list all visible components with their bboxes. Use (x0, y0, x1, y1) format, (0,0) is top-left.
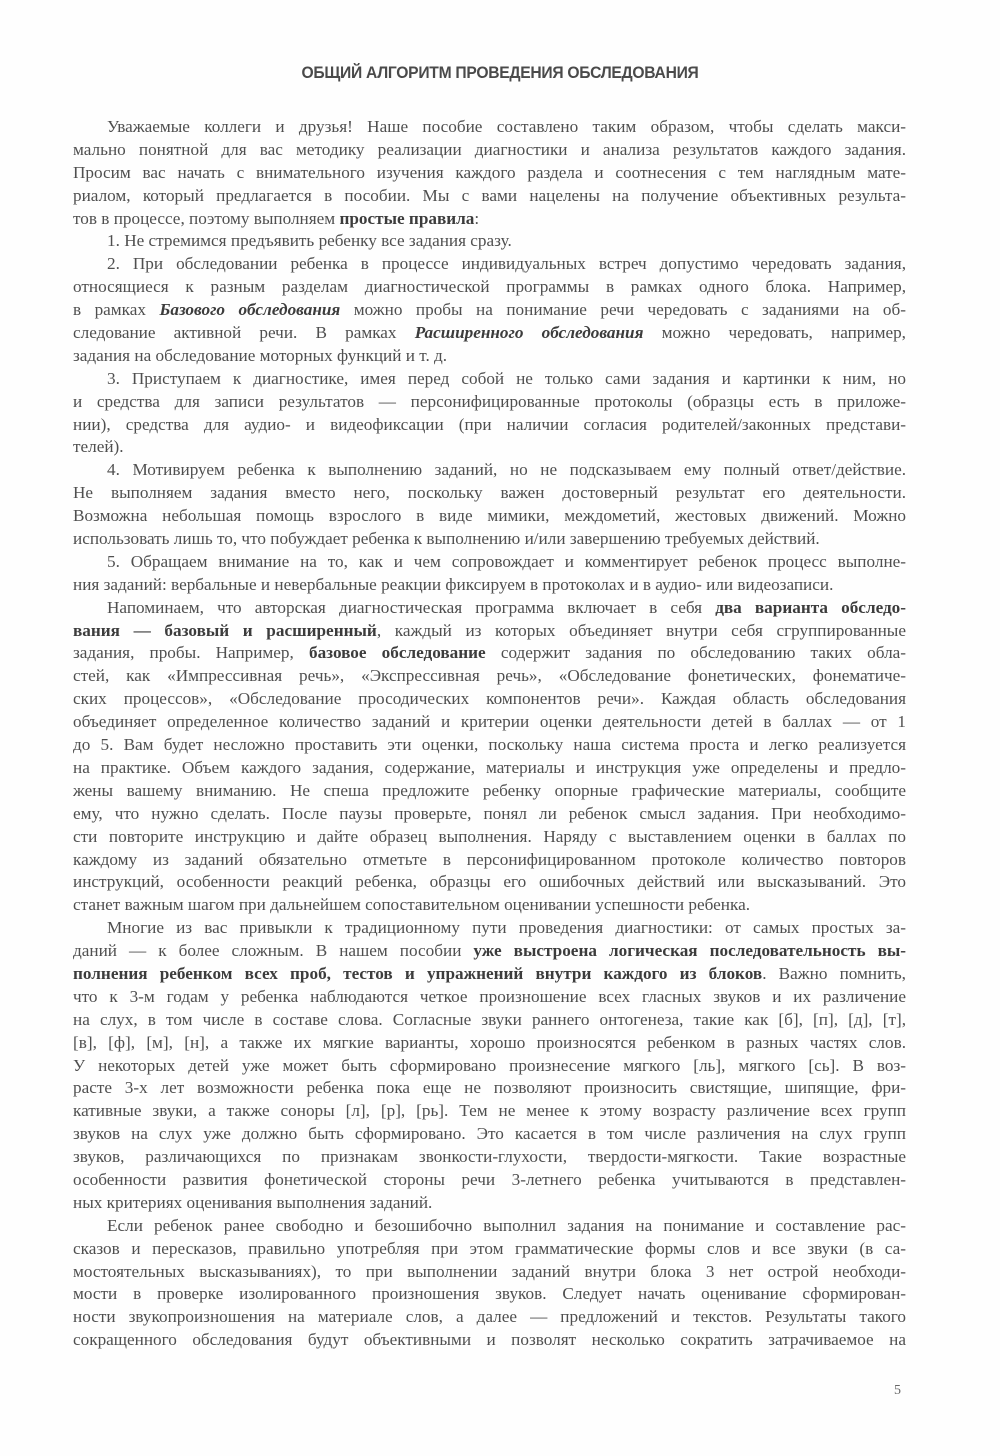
text-line: Многие из вас привыкли к традиционному п… (73, 917, 906, 940)
text-line: на слух, в том числе в составе слова. Со… (73, 1009, 906, 1032)
text-line: каждому из заданий обязательно отметьте … (73, 849, 906, 872)
text-run: стей, как «Импрессивная речь», «Экспресс… (73, 666, 906, 685)
text-line: расте 3-х лет возможности ребенка пока е… (73, 1077, 906, 1100)
text-run: 5. Обращаем внимание на то, как и чем со… (107, 552, 906, 571)
text-line: станет важным шагом при дальнейшем сопос… (73, 894, 906, 917)
text-run: Многие из вас привыкли к традиционному п… (107, 918, 906, 937)
text-line: задания на обследование моторных функций… (73, 345, 906, 368)
text-line: кативные звуки, а также соноры [л], [р],… (73, 1100, 906, 1123)
text-run: У некоторых детей уже может быть сформир… (73, 1056, 906, 1075)
emphasis-text: Базового обследования (159, 300, 340, 319)
emphasis-text: базовое обследование (309, 643, 486, 662)
page-number: 5 (894, 1383, 901, 1399)
text-run: Если ребенок ранее свободно и безошибочн… (107, 1216, 906, 1235)
paragraph: Уважаемые коллеги и друзья! Наше пособие… (73, 116, 906, 230)
text-run: 2. При обследовании ребенка в процессе и… (107, 254, 906, 273)
text-run: нии), средства для аудио- и видеофиксаци… (73, 415, 906, 434)
text-run: Возможна небольшая помощь взрослого в ви… (73, 506, 906, 525)
text-line: объединяет определенное количество задан… (73, 711, 906, 734)
paragraph: Многие из вас привыкли к традиционному п… (73, 917, 906, 1215)
text-run: кативные звуки, а также соноры [л], [р],… (73, 1101, 906, 1120)
text-line: ему, что нужно сделать. После паузы пров… (73, 803, 906, 826)
text-run: станет важным шагом при дальнейшем сопос… (73, 895, 750, 914)
text-line: Уважаемые коллеги и друзья! Наше пособие… (73, 116, 906, 139)
text-run: . Важно помнить, (762, 964, 906, 983)
text-line: задания, пробы. Например, базовое обслед… (73, 642, 906, 665)
text-line: и средства для записи результатов — перс… (73, 391, 906, 414)
text-line: стей, как «Импрессивная речь», «Экспресс… (73, 665, 906, 688)
text-run: сокращенного обследования будут объектив… (73, 1330, 906, 1349)
text-line: особенности развития фонетической сторон… (73, 1169, 906, 1192)
text-run: ских процессов», «Обследование просодиче… (73, 689, 906, 708)
text-line: в рамках Базового обследования можно про… (73, 299, 906, 322)
text-line: ских процессов», «Обследование просодиче… (73, 688, 906, 711)
text-line: до 5. Вам будет несложно проставить эти … (73, 734, 906, 757)
text-run: ния заданий: вербальные и невербальные р… (73, 575, 833, 594)
text-run: ности звукопроизношения на материале сло… (73, 1307, 906, 1326)
text-line: что к 3-м годам у ребенка наблюдаются че… (73, 986, 906, 1009)
text-run: задания на обследование моторных функций… (73, 346, 447, 365)
text-run: риалом, который предлагается в пособии. … (73, 186, 906, 205)
text-line: использовать лишь то, что побуждает ребе… (73, 528, 906, 551)
text-run: жены вашему вниманию. Не спеша предложит… (73, 781, 906, 800)
emphasis-text: вания — базовый и расширенный (73, 621, 377, 640)
text-run: мостоятельных высказываниях), то при вып… (73, 1262, 906, 1281)
text-line: 1. Не стремимся предъявить ребенку все з… (73, 230, 906, 253)
emphasis-text: два варианта обследо- (715, 598, 906, 617)
text-run: и средства для записи результатов — перс… (73, 392, 906, 411)
text-line: Просим вас начать с внимательного изучен… (73, 162, 906, 185)
text-line: сокращенного обследования будут объектив… (73, 1329, 906, 1352)
emphasis-text: Расширенного обследования (415, 323, 644, 342)
text-run: мально понятной для вас методику реализа… (73, 140, 906, 159)
text-run: использовать лишь то, что побуждает ребе… (73, 529, 820, 548)
text-line: мости в проверке изолированного произнош… (73, 1283, 906, 1306)
text-line: жены вашему вниманию. Не спеша предложит… (73, 780, 906, 803)
text-line: 3. Приступаем к диагностике, имея перед … (73, 368, 906, 391)
text-line: [в], [ф], [м], [н], а также их мягкие ва… (73, 1032, 906, 1055)
text-run: в рамках (73, 300, 159, 319)
text-line: ных критериях оценивания выполнения зада… (73, 1192, 906, 1215)
text-run: можно пробы на понимание речи чередовать… (340, 300, 906, 319)
text-run: следование активной речи. В рамках (73, 323, 415, 342)
emphasis-text: уже выстроена логическая последовательно… (473, 941, 906, 960)
text-line: 2. При обследовании ребенка в процессе и… (73, 253, 906, 276)
paragraph: 5. Обращаем внимание на то, как и чем со… (73, 551, 906, 597)
text-run: сти повторите инструкцию и дайте образец… (73, 827, 906, 846)
text-run: каждому из заданий обязательно отметьте … (73, 850, 906, 869)
text-run: сказов и пересказов, правильно употребля… (73, 1239, 906, 1258)
text-run: Не выполняем задания вместо него, поскол… (73, 483, 906, 502)
text-run: ему, что нужно сделать. После паузы пров… (73, 804, 906, 823)
paragraph: 2. При обследовании ребенка в процессе и… (73, 253, 906, 367)
text-run: что к 3-м годам у ребенка наблюдаются че… (73, 987, 906, 1006)
text-run: можно чередовать, например, (643, 323, 906, 342)
text-run: на практике. Объем каждого задания, соде… (73, 758, 906, 777)
text-run: , каждый из которых объединяет внутри се… (377, 621, 906, 640)
text-run: 4. Мотивируем ребенка к выполнению задан… (107, 460, 906, 479)
text-line: звуков на слух уже должно быть сформиров… (73, 1123, 906, 1146)
emphasis-text: простые правила (339, 209, 474, 228)
text-line: на практике. Объем каждого задания, соде… (73, 757, 906, 780)
text-run: относящиеся к разным разделам диагностич… (73, 277, 906, 296)
text-run: объединяет определенное количество задан… (73, 712, 906, 731)
text-line: 5. Обращаем внимание на то, как и чем со… (73, 551, 906, 574)
text-run: мости в проверке изолированного произнош… (73, 1284, 906, 1303)
text-line: тов в процессе, поэтому выполняем просты… (73, 208, 906, 231)
page-title: ОБЩИЙ АЛГОРИТМ ПРОВЕДЕНИЯ ОБСЛЕДОВАНИЯ (40, 63, 960, 83)
text-line: сти повторите инструкцию и дайте образец… (73, 826, 906, 849)
text-run: телей). (73, 437, 124, 456)
text-run: тов в процессе, поэтому выполняем (73, 209, 339, 228)
text-run: звуков, различающихся по признакам звонк… (73, 1147, 906, 1166)
text-line: У некоторых детей уже может быть сформир… (73, 1055, 906, 1078)
text-line: ния заданий: вербальные и невербальные р… (73, 574, 906, 597)
text-run: Уважаемые коллеги и друзья! Наше пособие… (107, 117, 906, 136)
text-line: 4. Мотивируем ребенка к выполнению задан… (73, 459, 906, 482)
text-run: ных критериях оценивания выполнения зада… (73, 1193, 432, 1212)
text-line: мально понятной для вас методику реализа… (73, 139, 906, 162)
paragraph: 3. Приступаем к диагностике, имея перед … (73, 368, 906, 460)
text-line: полнения ребенком всех проб, тестов и уп… (73, 963, 906, 986)
text-run: даний — к более сложным. В нашем пособии (73, 941, 473, 960)
body-text: Уважаемые коллеги и друзья! Наше пособие… (73, 116, 906, 1352)
text-line: Не выполняем задания вместо него, поскол… (73, 482, 906, 505)
text-run: на слух, в том числе в составе слова. Со… (73, 1010, 906, 1029)
text-run: расте 3-х лет возможности ребенка пока е… (73, 1078, 906, 1097)
text-run: : (474, 209, 479, 228)
text-line: Возможна небольшая помощь взрослого в ви… (73, 505, 906, 528)
text-line: мостоятельных высказываниях), то при вып… (73, 1261, 906, 1284)
text-line: сказов и пересказов, правильно употребля… (73, 1238, 906, 1261)
text-run: [в], [ф], [м], [н], а также их мягкие ва… (73, 1033, 906, 1052)
text-run: особенности развития фонетической сторон… (73, 1170, 906, 1189)
text-line: следование активной речи. В рамках Расши… (73, 322, 906, 345)
text-line: ности звукопроизношения на материале сло… (73, 1306, 906, 1329)
paragraph: 1. Не стремимся предъявить ребенку все з… (73, 230, 906, 253)
text-run: звуков на слух уже должно быть сформиров… (73, 1124, 906, 1143)
text-run: содержит задания по обследованию таких о… (486, 643, 906, 662)
text-line: вания — базовый и расширенный, каждый из… (73, 620, 906, 643)
text-line: Если ребенок ранее свободно и безошибочн… (73, 1215, 906, 1238)
text-line: нии), средства для аудио- и видеофиксаци… (73, 414, 906, 437)
text-line: даний — к более сложным. В нашем пособии… (73, 940, 906, 963)
text-line: Напоминаем, что авторская диагностическа… (73, 597, 906, 620)
text-run: 3. Приступаем к диагностике, имея перед … (107, 369, 906, 388)
document-page: ОБЩИЙ АЛГОРИТМ ПРОВЕДЕНИЯ ОБСЛЕДОВАНИЯ У… (0, 0, 1000, 1456)
text-run: до 5. Вам будет несложно проставить эти … (73, 735, 906, 754)
text-run: Напоминаем, что авторская диагностическа… (107, 598, 715, 617)
text-line: риалом, который предлагается в пособии. … (73, 185, 906, 208)
text-line: инструкций, особенности реакций ребенка,… (73, 871, 906, 894)
text-line: относящиеся к разным разделам диагностич… (73, 276, 906, 299)
text-line: звуков, различающихся по признакам звонк… (73, 1146, 906, 1169)
text-run: задания, пробы. Например, (73, 643, 309, 662)
text-run: инструкций, особенности реакций ребенка,… (73, 872, 906, 891)
emphasis-text: полнения ребенком всех проб, тестов и уп… (73, 964, 762, 983)
text-run: Просим вас начать с внимательного изучен… (73, 163, 906, 182)
paragraph: Напоминаем, что авторская диагностическа… (73, 597, 906, 917)
paragraph: 4. Мотивируем ребенка к выполнению задан… (73, 459, 906, 551)
text-line: телей). (73, 436, 906, 459)
paragraph: Если ребенок ранее свободно и безошибочн… (73, 1215, 906, 1352)
text-run: 1. Не стремимся предъявить ребенку все з… (107, 231, 512, 250)
